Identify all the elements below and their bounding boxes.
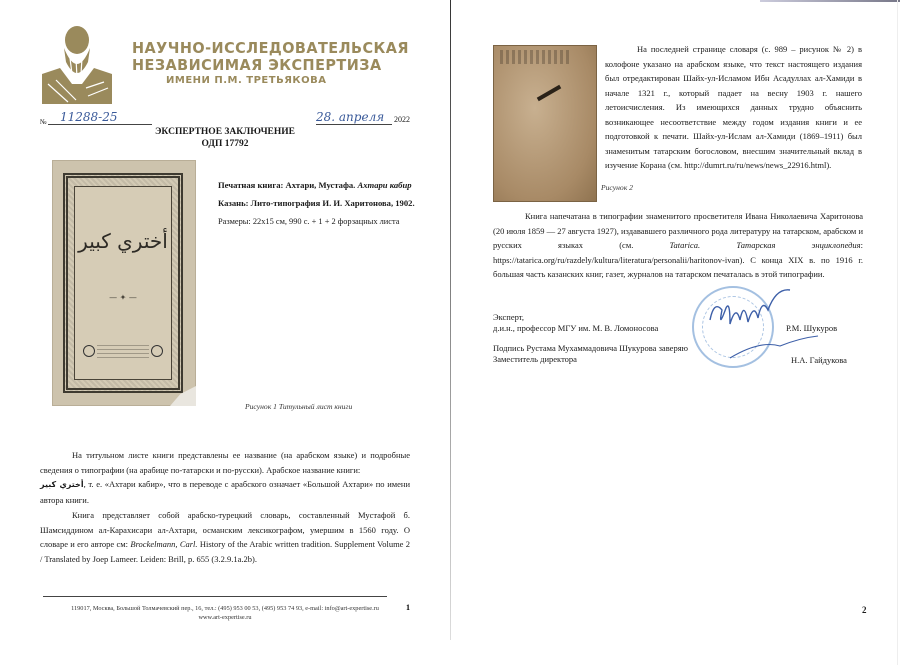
- document-number-value: 11288-25: [48, 110, 152, 125]
- page-2-colophon-text: На последней странице словаря (с. 989 – …: [605, 42, 862, 173]
- arabic-title-inline: أختري كبير: [40, 480, 84, 489]
- document-title: ЭКСПЕРТНОЕ ЗАКЛЮЧЕНИЕ ОДП 17792: [0, 126, 450, 150]
- organization-name: Научно-исследовательская независимая экс…: [132, 40, 430, 88]
- tretyakov-portrait-logo-icon: [42, 22, 112, 104]
- figure-2-colophon-photo: [493, 45, 597, 202]
- page-2-printer-text: Книга напечатана в типографии знаменитог…: [493, 209, 863, 282]
- document-number: № 11288-25: [40, 118, 47, 126]
- page-1-footer: 119017, Москва, Большой Толмачевский пер…: [40, 604, 410, 622]
- footer-divider: [43, 596, 387, 597]
- page-1: Научно-исследовательская независимая экс…: [0, 0, 450, 665]
- page-1-body-text: На титульном листе книги представлены ее…: [40, 448, 410, 567]
- book-metadata: Печатная книга: Ахтари, Мустафа. Ахтари …: [218, 176, 418, 227]
- figure-1-title-page-photo: أختري كبير — ✦ —: [52, 160, 196, 406]
- date-year: 2022: [394, 115, 410, 124]
- date-handwritten: 28. апреля: [316, 110, 392, 125]
- deputy-name: Н.А. Гайдукова: [791, 355, 847, 365]
- figure-2-caption: Рисунок 2: [601, 183, 633, 192]
- page-number-1: 1: [406, 603, 410, 612]
- signature-block: Эксперт, д.и.н., профессор МГУ им. М. В.…: [493, 312, 688, 364]
- expert-name: Р.М. Шукуров: [786, 323, 837, 333]
- figure-1-caption: Рисунок 1 Титульный лист книги: [245, 402, 352, 411]
- page-number-2: 2: [862, 605, 867, 615]
